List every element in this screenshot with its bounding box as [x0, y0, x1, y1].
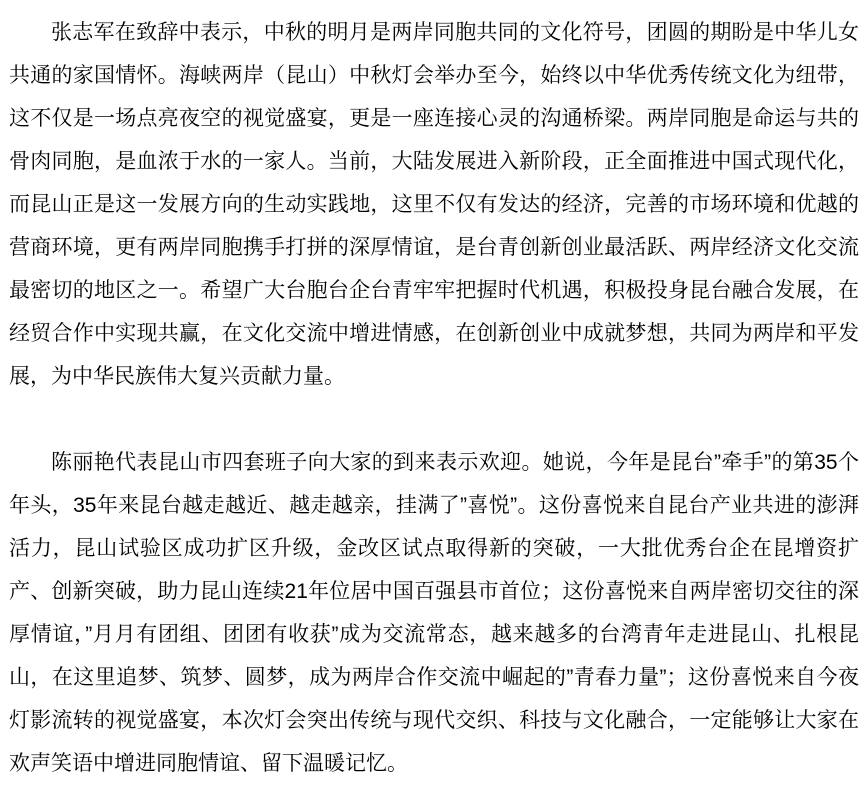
text-line: 最密切的地区之一。希望广大台胞台企台青牢牢把握时代机遇，积极投身昆台融合发展，在: [9, 269, 859, 312]
paragraph-zhangzhijun-speech: 张志军在致辞中表示，中秋的明月是两岸同胞共同的文化符号，团圆的期盼是中华儿女 共…: [9, 11, 859, 398]
text-line: 张志军在致辞中表示，中秋的明月是两岸同胞共同的文化符号，团圆的期盼是中华儿女: [9, 11, 859, 54]
text-line: 营商环境，更有两岸同胞携手打拼的深厚情谊，是台青创新创业最活跃、两岸经济文化交流: [9, 226, 859, 269]
text-line: 年头，35年来昆台越走越近、越走越亲，挂满了”喜悦”。这份喜悦来自昆台产业共进的…: [9, 484, 859, 527]
text-line: 欢声笑语中增进同胞情谊、留下温暖记忆。: [9, 742, 859, 785]
text-line: 产、创新突破，助力昆山连续21年位居中国百强县市首位；这份喜悦来自两岸密切交往的…: [9, 570, 859, 613]
text-line: 共通的家国情怀。海峡两岸（昆山）中秋灯会举办至今，始终以中华优秀传统文化为纽带，: [9, 54, 859, 97]
text-line: 展，为中华民族伟大复兴贡献力量。: [9, 355, 859, 398]
text-line: 骨肉同胞，是血浓于水的一家人。当前，大陆发展进入新阶段，正全面推进中国式现代化，: [9, 140, 859, 183]
text-line: 而昆山正是这一发展方向的生动实践地，这里不仅有发达的经济，完善的市场环境和优越的: [9, 183, 859, 226]
document-body: 张志军在致辞中表示，中秋的明月是两岸同胞共同的文化符号，团圆的期盼是中华儿女 共…: [0, 0, 868, 785]
text-line: 陈丽艳代表昆山市四套班子向大家的到来表示欢迎。她说，今年是昆台”牵手”的第35个: [9, 441, 859, 484]
text-line: 灯影流转的视觉盛宴，本次灯会突出传统与现代交织、科技与文化融合，一定能够让大家在: [9, 699, 859, 742]
text-line: 厚情谊，”月月有团组、团团有收获”成为交流常态，越来越多的台湾青年走进昆山、扎根…: [9, 613, 859, 656]
text-line: 这不仅是一场点亮夜空的视觉盛宴，更是一座连接心灵的沟通桥梁。两岸同胞是命运与共的: [9, 97, 859, 140]
paragraph-chenliyan-welcome: 陈丽艳代表昆山市四套班子向大家的到来表示欢迎。她说，今年是昆台”牵手”的第35个…: [9, 441, 859, 785]
text-line: 活力，昆山试验区成功扩区升级，金改区试点取得新的突破，一大批优秀台企在昆增资扩: [9, 527, 859, 570]
text-line: 山，在这里追梦、筑梦、圆梦，成为两岸合作交流中崛起的”青春力量”；这份喜悦来自今…: [9, 656, 859, 699]
page: { "style": { "background": "#ffffff", "t…: [0, 0, 868, 794]
text-line: 经贸合作中实现共赢，在文化交流中增进情感，在创新创业中成就梦想，共同为两岸和平发: [9, 312, 859, 355]
